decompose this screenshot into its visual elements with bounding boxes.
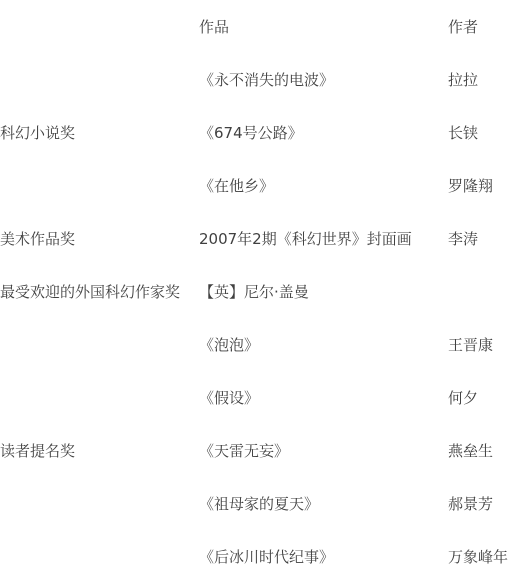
author-cell: 何夕 [448,371,521,424]
work-cell: 《永不消失的电波》 [199,53,448,106]
award-cell: 美术作品奖 [0,212,199,265]
award-cell: 最受欢迎的外国科幻作家奖 [0,265,199,318]
author-cell: 长铗 [448,106,521,159]
work-cell: 《后冰川时代纪事》 [199,530,448,583]
work-cell: 《天雷无妄》 [199,424,448,477]
work-cell: 《在他乡》 [199,159,448,212]
awards-table: 作品作者科幻小说奖《永不消失的电波》拉拉《674号公路》长铗《在他乡》罗隆翔美术… [0,0,521,583]
table-row: 科幻小说奖《永不消失的电波》拉拉 [0,53,521,106]
awards-table-body: 作品作者科幻小说奖《永不消失的电波》拉拉《674号公路》长铗《在他乡》罗隆翔美术… [0,0,521,583]
author-cell: 万象峰年 [448,530,521,583]
work-cell: 《假设》 [199,371,448,424]
award-cell: 读者提名奖 [0,318,199,583]
author-cell: 燕垒生 [448,424,521,477]
work-cell: 《祖母家的夏天》 [199,477,448,530]
award-cell: 科幻小说奖 [0,53,199,212]
author-cell: 王晋康 [448,318,521,371]
work-cell: 《674号公路》 [199,106,448,159]
author-header-cell: 作者 [448,0,521,53]
author-cell: 郝景芳 [448,477,521,530]
table-row: 最受欢迎的外国科幻作家奖【英】尼尔·盖曼 [0,265,521,318]
page: 作品作者科幻小说奖《永不消失的电波》拉拉《674号公路》长铗《在他乡》罗隆翔美术… [0,0,521,583]
work-cell: 2007年2期《科幻世界》封面画 [199,212,448,265]
table-row: 读者提名奖《泡泡》王晋康 [0,318,521,371]
author-cell: 罗隆翔 [448,159,521,212]
work-cell: 《泡泡》 [199,318,448,371]
author-cell [448,265,521,318]
table-row: 美术作品奖2007年2期《科幻世界》封面画李涛 [0,212,521,265]
header-row: 作品作者 [0,0,521,53]
author-cell: 李涛 [448,212,521,265]
author-cell: 拉拉 [448,53,521,106]
award-header-cell [0,0,199,53]
work-cell: 【英】尼尔·盖曼 [199,265,448,318]
work-header-cell: 作品 [199,0,448,53]
